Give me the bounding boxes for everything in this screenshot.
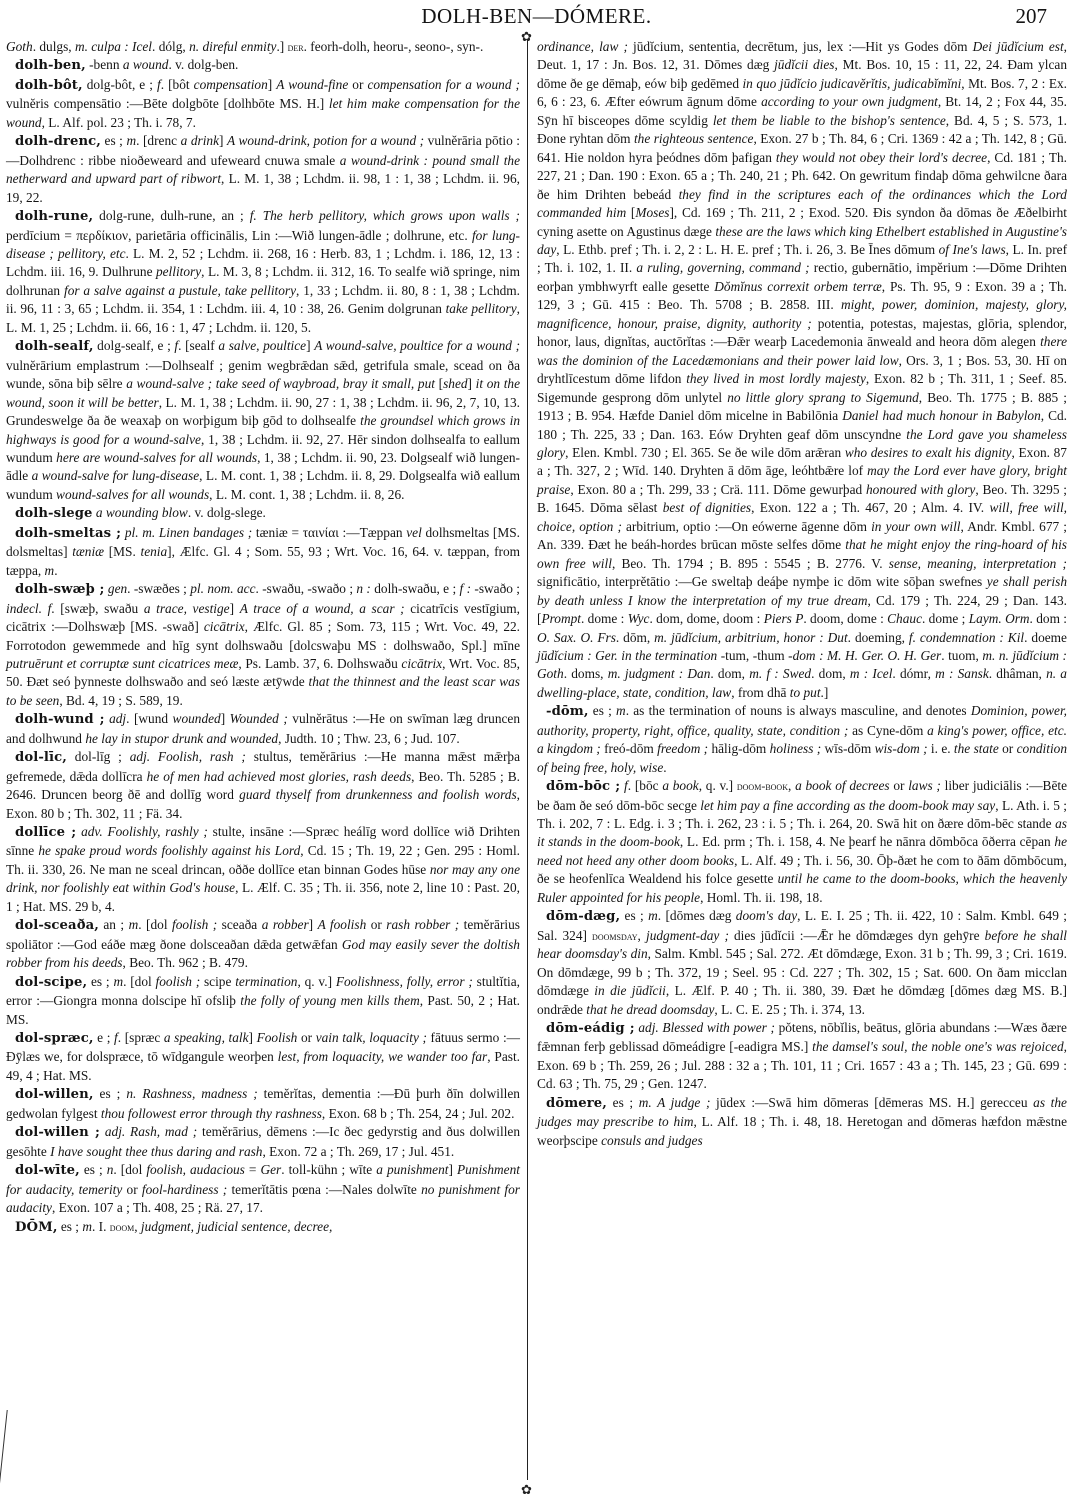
headword: dōm-bōc ; — [546, 779, 620, 794]
entry-text: , L. Ed. prm ; Th. i. 158, 4. Ne þearf h… — [680, 834, 1054, 849]
entry-text: compensation — [194, 77, 268, 92]
headword: dol-līc, — [15, 750, 67, 765]
entry-text: or — [297, 1030, 315, 1045]
entry-text: a book of decrees — [795, 778, 890, 793]
entry-text: a speaking, talk — [164, 1030, 249, 1045]
entry-text: doom-book — [737, 779, 788, 793]
entry-text: a wounding blow — [96, 505, 188, 520]
entry-text: judgment, judicial sentence, decree, — [141, 1219, 332, 1234]
entry-text: . doeme — [1024, 630, 1067, 645]
entry-text: an ; — [99, 917, 129, 932]
entry-text: a trace, vestige — [144, 601, 230, 616]
entry-text: the damsel's soul, the noble one's was r… — [812, 1039, 1064, 1054]
entry-text: . dom : — [1030, 611, 1067, 626]
entry-text: gen — [108, 581, 127, 596]
entry-text: der — [288, 40, 304, 54]
entry-text: . dulgs, — [33, 39, 75, 54]
entry-text: cicātrix — [204, 619, 245, 634]
entry-text: a punishment — [376, 1162, 448, 1177]
left-column: Goth. dulgs, m. culpa : Icel. dólg, n. d… — [6, 38, 520, 1492]
entry-text: f. The herb pellitory, which grows upon … — [250, 208, 520, 223]
dictionary-entry: dolh-sealf, dolg-sealf, e ; f. [sealf a … — [6, 337, 520, 504]
entry-text: adj. Foolish, rash ; — [130, 749, 246, 764]
entry-text: . doms, — [564, 666, 608, 681]
entry-text: ] — [309, 917, 318, 932]
entry-text: . v. dolg-slege. — [188, 505, 266, 520]
entry-text: tæniæ = ταινίαι :—Tæppan — [252, 525, 406, 540]
entry-text: a salve, poultice — [218, 338, 306, 353]
entry-text: judgment-day ; — [646, 928, 729, 943]
entry-text: . dómr, — [892, 666, 935, 681]
entry-text: A wound-drink, potion for a wound ; — [227, 133, 424, 148]
entry-text: , Bd. 4, 19 ; S. 589, 19. — [59, 693, 182, 708]
entry-text: m. f : Swed — [749, 666, 811, 681]
dictionary-entry: dol-scipe, es ; m. [dol foolish ; scipe … — [6, 973, 520, 1029]
entry-text: n. Rashness, madness ; — [126, 1086, 257, 1101]
entry-text: , q. v.] — [297, 974, 335, 989]
entry-text: hālig-dōm — [708, 741, 770, 756]
entry-text: he spake proud words foolishly against h… — [38, 843, 300, 858]
headword: dol-spræc, — [15, 1031, 94, 1046]
dictionary-entry: dolh-drenc, es ; m. [drenc a drink] A wo… — [6, 132, 520, 207]
entry-text: or — [366, 917, 386, 932]
entry-text: ] — [268, 77, 276, 92]
entry-text: he lay in stupor drunk and wounded — [85, 731, 278, 746]
entry-text: . toll-kühn ; wīte — [281, 1162, 376, 1177]
entry-text: honoured with glory — [866, 482, 975, 497]
entry-text: here are wound-salves for all wounds — [56, 450, 257, 465]
entry-text: m — [113, 974, 123, 989]
entry-text: pellitory — [156, 264, 201, 279]
entry-text: significātio, interprĕtātio :—Ge sweltaþ… — [537, 574, 987, 589]
entry-text: who desires to exalt his dignity — [845, 445, 1012, 460]
entry-text: m : Icel — [850, 666, 893, 681]
entry-text: Prompt — [541, 611, 581, 626]
entry-text: Dei jūdĭcium est — [973, 39, 1064, 54]
entry-text: , Beo. Th. 962 ; B. 479. — [123, 955, 248, 970]
entry-text: . dōm, — [616, 630, 654, 645]
entry-text: Goth — [6, 39, 33, 54]
column-divider — [527, 40, 528, 1480]
entry-text: n. direful enmity — [189, 39, 276, 54]
entry-text: A trace of a wound, a scar ; — [240, 601, 405, 616]
entry-text: as Cyne-dōm — [848, 723, 927, 738]
headword: dol-willen ; — [15, 1125, 100, 1140]
entry-text: -dom : M. H. Ger. O. H. Ger — [788, 648, 941, 663]
entry-text: sense, meaning, interpretation ; — [889, 556, 1067, 571]
entry-text: n : — [356, 581, 370, 596]
entry-text: sceaða — [217, 917, 261, 932]
entry-text: putruērunt et corruptæ sunt cicatrices m… — [6, 656, 238, 671]
entry-text: , Exon. 80 a ; Th. 299, 33 ; Crä. 111. D… — [570, 482, 866, 497]
entry-text: scipe — [200, 974, 235, 989]
entry-text: .] — [821, 685, 829, 700]
entry-text: , Beo. Th. 1794 ; B. 895 : 5545 ; B. 277… — [612, 556, 889, 571]
entry-text: , L. C. E. 25 ; Th. i. 374, 13. — [714, 1002, 865, 1017]
page-number: 207 — [1016, 4, 1048, 29]
entry-text: Wyc — [628, 611, 650, 626]
entry-text: , Elen. Kmbl. 730 ; El. 365. Se ðe wile … — [565, 445, 845, 460]
entry-text: es ; — [101, 133, 126, 148]
entry-text: -tum, -thum — [717, 648, 788, 663]
entry-text: a wound-salve for lung-disease — [32, 468, 199, 483]
entry-text: m — [126, 133, 136, 148]
entry-text: . v. dolg-ben. — [168, 57, 238, 72]
headword: dol-wīte, — [15, 1163, 80, 1178]
entry-text: , Homl. Th. ii. 198, 18. — [700, 890, 822, 905]
dictionary-entry: dol-willen ; adj. Rash, mad ; temĕrārius… — [6, 1123, 520, 1161]
entry-text: vel — [406, 525, 422, 540]
entry-text: , Exon. 107 a ; Th. 408, 25 ; Rä. 27, 17… — [52, 1200, 263, 1215]
entry-text: [MS. — [104, 544, 140, 559]
entry-text: es ; — [94, 1086, 127, 1101]
entry-text: [ — [435, 376, 443, 391]
entry-text: m — [648, 908, 658, 923]
entry-text: e ; — [94, 1030, 114, 1045]
entry-text: or — [999, 741, 1017, 756]
entry-text: . [drenc — [136, 133, 181, 148]
entry-text: in your own will — [871, 519, 960, 534]
entry-continuation: ordinance, law ; jūdĭcium, sententia, de… — [537, 38, 1067, 702]
entry-text: dies jūdĭcii :—Ǣr he dōmdæges dyn gehȳre — [729, 928, 985, 943]
entry-text: Daniel had much honour in Babylon — [842, 408, 1041, 423]
entry-text: jūdĭcii dies — [774, 57, 834, 72]
entry-text: tæniæ — [72, 544, 104, 559]
dictionary-entry: dolh-swæþ ; gen. -swæðes ; pl. nom. acc.… — [6, 580, 520, 710]
entry-text: ordinance, law ; — [537, 39, 628, 54]
entry-text: to put — [790, 685, 821, 700]
entry-text: . [sealf — [178, 338, 218, 353]
entry-text: fool-hardiness ; — [142, 1182, 227, 1197]
entry-text: dolg-rune, dulh-rune, an ; — [93, 208, 250, 223]
entry-text: the folly of young men kills them — [240, 993, 419, 1008]
dictionary-entry: dol-wīte, es ; n. [dol foolish, audaciou… — [6, 1161, 520, 1217]
entry-text: foolish, audacious — [146, 1162, 245, 1177]
entry-text: m. judgment : Dan — [608, 666, 711, 681]
entry-text: cicātrix — [401, 656, 442, 671]
entry-text: vain talk, loquacity ; — [316, 1030, 427, 1045]
entry-text: . dom, — [811, 666, 850, 681]
dictionary-entry: dol-spræc, e ; f. [spræc a speaking, tal… — [6, 1029, 520, 1085]
right-column: ordinance, law ; jūdĭcium, sententia, de… — [537, 38, 1067, 1492]
entry-text: . as the termination of nouns is always … — [626, 703, 971, 718]
entry-text: a wound — [123, 57, 169, 72]
entry-text: freedom ; — [657, 741, 708, 756]
entry-text: or — [348, 77, 367, 92]
entry-text: guard thyself from drunkenness and fooli… — [239, 787, 517, 802]
entry-text: m. culpa : Icel — [75, 39, 152, 54]
dictionary-entry: -dōm, es ; m. as the termination of noun… — [537, 702, 1067, 777]
dictionary-entry: dol-willen, es ; n. Rashness, madness ; … — [6, 1085, 520, 1123]
dictionary-entry: dolh-bôt, dolg-bôt, e ; f. [bôt compensa… — [6, 76, 520, 132]
headword: dōm-dæg, — [546, 909, 620, 924]
entry-text: .] — [276, 39, 287, 54]
entry-text: freó-dōm — [601, 741, 657, 756]
entry-text: -benn — [86, 57, 123, 72]
entry-text: m. A judge ; — [639, 1095, 711, 1110]
dictionary-entry: dōm-bōc ; f. [bōc a book, q. v.] doom-bo… — [537, 777, 1067, 907]
entry-text: doomsday — [592, 929, 638, 943]
entry-text: pl. nom. acc — [190, 581, 255, 596]
entry-text: . doom, dome : — [803, 611, 887, 626]
entry-text: in die jūdĭcii — [594, 983, 666, 998]
entry-text: . [bôt — [161, 77, 194, 92]
entry-text: , from dhā — [731, 685, 790, 700]
entry-text: . dome ; — [922, 611, 969, 626]
entry-text: adj — [109, 711, 126, 726]
dictionary-entry: DŌM, es ; m. I. doom, judgment, judicial… — [6, 1218, 520, 1237]
entry-text: that he dread doomsday — [586, 1002, 714, 1017]
entry-text: . -swæðes ; — [127, 581, 190, 596]
entry-continuation: Goth. dulgs, m. culpa : Icel. dólg, n. d… — [6, 38, 520, 56]
entry-text: . dome : — [581, 611, 628, 626]
headword: dolh-rune, — [15, 209, 93, 224]
entry-text: in quo jūdĭcio judicavĕrĭtis, judicabĭmĭ… — [742, 76, 961, 91]
entry-text: . tuom, — [941, 648, 982, 663]
entry-text: = — [245, 1162, 261, 1177]
entry-text: adv. Foolishly, rashly ; — [81, 824, 208, 839]
entry-text: or — [890, 778, 909, 793]
entry-text: wīs-dōm — [821, 741, 874, 756]
dictionary-entry: dōm-eádig ; adj. Blessed with power ; pŏ… — [537, 1019, 1067, 1094]
entry-text: ] — [249, 1030, 257, 1045]
entry-text: perdīcium = περδίκιον, parietāria offici… — [6, 228, 472, 243]
entry-text: A foolish — [318, 917, 367, 932]
dictionary-entry: dol-līc, dol-līg ; adj. Foolish, rash ; … — [6, 748, 520, 823]
entry-text: . [dol — [138, 917, 172, 932]
entry-text: Foolishness, folly, error ; — [336, 974, 473, 989]
entry-text: they lived in most lordly majesty — [686, 371, 866, 386]
entry-text: , q. v.] — [699, 778, 737, 793]
headword: dolh-drenc, — [15, 134, 101, 149]
entry-text: a book — [662, 778, 698, 793]
entry-text: dol-līg ; — [67, 749, 130, 764]
entry-text: . dom, dome, doom : — [649, 611, 763, 626]
headword: dollīce ; — [15, 825, 76, 840]
entry-text: . [dol — [123, 974, 155, 989]
ornament-bottom-icon: ✿ — [521, 1483, 532, 1496]
entry-text: m. jūdĭcium, arbitrium, honor : Dut — [654, 630, 848, 645]
dictionary-entry: dolh-rune, dolg-rune, dulh-rune, an ; f.… — [6, 207, 520, 337]
entry-text: for a salve against a pustule, take pell… — [64, 283, 296, 298]
entry-text: Moses — [635, 205, 669, 220]
entry-text: . I. — [92, 1219, 110, 1234]
entry-text: according to your own judgment — [761, 94, 938, 109]
entry-text: dolg-bôt, e ; — [83, 77, 157, 92]
headword: dōmere, — [546, 1096, 607, 1111]
entry-text: rash robber ; — [386, 917, 459, 932]
dictionary-entry: dolh-smeltas ; pl. m. Linen bandages ; t… — [6, 524, 520, 580]
dictionary-entry: dōm-dæg, es ; m. [dōmes dæg doom's day, … — [537, 907, 1067, 1019]
entry-text: [ — [626, 205, 635, 220]
entry-text: let them be liable to the bishop's sente… — [713, 113, 946, 128]
entry-text: the state — [954, 741, 999, 756]
entry-text: temerĭtātis pœna :—Nales dolwīte — [227, 1182, 421, 1197]
headword: -dōm, — [546, 704, 589, 719]
dictionary-entry: dolh-slege a wounding blow. v. dolg-sleg… — [6, 504, 520, 523]
running-head: DOLH-BEN—DÓMERE. — [0, 4, 1073, 29]
entry-text: . [swæþ, swaðu — [51, 601, 144, 616]
entry-text: , — [638, 928, 646, 943]
entry-text: adj. Blessed with power ; — [638, 1020, 775, 1035]
headword: dolh-sealf, — [15, 339, 94, 354]
entry-text: . — [663, 760, 666, 775]
headword: dolh-bôt, — [15, 78, 83, 93]
entry-text: a wound-salve ; take seed of waybroad, b… — [126, 376, 435, 391]
entry-text: Foolish — [257, 1030, 298, 1045]
entry-text: . -swaðu, -swaðo ; — [256, 581, 357, 596]
entry-text: , — [788, 778, 795, 793]
entry-text: , L. Alf. pol. 23 ; Th. i. 78, 7. — [42, 115, 196, 130]
entry-text: take pellitory — [446, 301, 517, 316]
entry-text: . — [54, 563, 57, 578]
entry-text: jūdĭcium : Ger. in the termination — [537, 648, 717, 663]
entry-text: adj. Rash, mad ; — [105, 1124, 197, 1139]
entry-text: m — [129, 917, 139, 932]
headword: dol-sceaða, — [15, 918, 99, 933]
headword: dolh-wund ; — [15, 712, 105, 727]
entry-text: O. Sax. O. Frs — [537, 630, 616, 645]
entry-text: dolh-swaðu, e ; — [371, 581, 460, 596]
entry-text: es ; — [589, 703, 617, 718]
entry-text: let him pay a fine according as the doom… — [700, 798, 995, 813]
entry-text: ] — [448, 1162, 456, 1177]
headword: dolh-swæþ ; — [15, 582, 105, 597]
entry-text: ] — [306, 338, 314, 353]
dictionary-entry: dolh-ben, -benn a wound. v. dolg-ben. — [6, 56, 520, 75]
entry-text: . [bōc — [628, 778, 663, 793]
entry-text: es ; — [607, 1095, 639, 1110]
entry-text: no little glory sprang to Sigemund — [727, 390, 919, 405]
entry-text: jūdex :—Swā him dōmeras [dēmeras MS. H.]… — [710, 1095, 1033, 1110]
entry-text: vulnĕris compensātio :—Bēte dolgbōte [do… — [6, 96, 329, 111]
headword: dol-willen, — [15, 1087, 94, 1102]
entry-text: Dŏmĭnus correxit orbem terræ — [714, 279, 882, 294]
entry-text: . dólg, — [152, 39, 189, 54]
entry-text: consuls and judges — [601, 1133, 703, 1148]
entry-text: , Exon. 68 b ; Th. 254, 24 ; Jul. 202. — [322, 1106, 515, 1121]
entry-text: i. e. — [928, 741, 954, 756]
entry-text: ] — [230, 601, 240, 616]
entry-text: . doeming, — [848, 630, 909, 645]
entry-text: es ; — [58, 1219, 83, 1234]
entry-text: doom's day — [736, 908, 797, 923]
entry-text: or — [122, 1182, 142, 1197]
entry-text: , Ps. Lamb. 37, 6. Dolhswaðu — [238, 656, 401, 671]
entry-text: compensation for a wound ; — [367, 77, 520, 92]
entry-text: the righteous sentence — [634, 131, 753, 146]
headword: dolh-smeltas ; — [15, 526, 121, 541]
entry-text: Ger — [260, 1162, 281, 1177]
entry-text: I have sought thee thus daring and rash — [50, 1144, 262, 1159]
entry-text: f : — [460, 581, 472, 596]
entry-text: . [dol — [113, 1162, 146, 1177]
entry-text: . [wund — [126, 711, 172, 726]
entry-text: . [dōmes dæg — [658, 908, 736, 923]
entry-text: jūdĭcium, sententia, decrētum, jus, lex … — [628, 39, 973, 54]
entry-text: of Ine's laws — [939, 242, 1006, 257]
entry-text: m — [45, 563, 55, 578]
entry-text: best of dignities — [663, 500, 751, 515]
entry-text: Chauc — [887, 611, 922, 626]
entry-text: A wound-fine — [276, 77, 348, 92]
entry-text: laws ; — [908, 778, 941, 793]
entry-text: . dom, — [710, 666, 749, 681]
entry-text: a drink — [181, 133, 219, 148]
dictionary-entry: dollīce ; adv. Foolishly, rashly ; stult… — [6, 823, 520, 916]
entry-text: m — [82, 1219, 92, 1234]
entry-text: A wound-salve, poultice for a wound ; — [314, 338, 520, 353]
entry-text: , Exon. 72 a ; Th. 269, 17 ; Jul. 451. — [262, 1144, 454, 1159]
entry-text: , L. Ethb. pref ; Th. i. 2, 2 : L. H. E.… — [556, 242, 938, 257]
headword: dolh-ben, — [15, 58, 86, 73]
entry-text: es ; — [620, 908, 648, 923]
entry-text: , L. M. cont. 1, 38 ; Lchdm. ii. 8, 26. — [209, 487, 404, 502]
entry-text: tenia — [140, 544, 167, 559]
headword: dolh-slege — [15, 506, 93, 521]
entry-text: Piers P — [764, 611, 804, 626]
entry-text: . [spræc — [118, 1030, 164, 1045]
page-header: DOLH-BEN—DÓMERE. 207 — [0, 4, 1073, 30]
entry-text: holiness ; — [770, 741, 822, 756]
entry-text: , Exon. 122 a ; Th. 467, 20 ; Alm. 4. IV… — [751, 500, 989, 515]
entry-text: Laym. Orm — [969, 611, 1030, 626]
headword: dol-scipe, — [15, 975, 87, 990]
entry-text: m — [616, 703, 626, 718]
entry-text: , Judth. 10 ; Thw. 23, 6 ; Jud. 107. — [278, 731, 460, 746]
entry-text: Wounded ; — [230, 711, 288, 726]
headword: DŌM, — [15, 1220, 58, 1235]
entry-text: arbitrium, optio :—On eówerne āgenne dōm — [622, 519, 871, 534]
dictionary-entry: dōmere, es ; m. A judge ; jūdex :—Swā hi… — [537, 1094, 1067, 1150]
entry-text: shed — [443, 376, 467, 391]
entry-text: , — [134, 1219, 141, 1234]
entry-text: foolish ; — [172, 917, 217, 932]
entry-text: wound-salves for all wounds — [56, 487, 209, 502]
entry-text: thou followest error through thy rashnes… — [101, 1106, 322, 1121]
entry-text: ] — [468, 376, 476, 391]
entry-text: ] — [219, 133, 227, 148]
entry-text: they would not obey their lord's decree — [776, 150, 987, 165]
entry-text: dolg-sealf, e ; — [94, 338, 175, 353]
headword: dōm-eádig ; — [546, 1021, 635, 1036]
dictionary-entry: dol-sceaða, an ; m. [dol foolish ; sceað… — [6, 916, 520, 972]
entry-text: foolish ; — [156, 974, 201, 989]
entry-text: a ruling, governing, command ; — [636, 260, 809, 275]
entry-text: wis-dom ; — [875, 741, 928, 756]
entry-text: he of men had achieved most glories, ras… — [147, 769, 412, 784]
entry-text: termination — [235, 974, 297, 989]
entry-text: es ; — [87, 974, 113, 989]
entry-text: ] — [221, 711, 230, 726]
dictionary-entry: dolh-wund ; adj. [wund wounded] Wounded … — [6, 710, 520, 748]
entry-text: wounded — [173, 711, 221, 726]
entry-text: pl. m. Linen bandages ; — [125, 525, 252, 540]
entry-text: lest, from loquacity, we wander too far — [278, 1049, 488, 1064]
entry-text: f. condemnation : Kil — [909, 630, 1024, 645]
entry-text: -swaðo ; — [471, 581, 520, 596]
entry-text: doom — [110, 1220, 134, 1234]
entry-text: m : Sansk — [935, 666, 989, 681]
entry-text: . dhâman, — [989, 666, 1046, 681]
entry-text: a robber — [262, 917, 309, 932]
entry-text: es ; — [80, 1162, 107, 1177]
entry-text: . feorh-dolh, heoru-, seono-, syn-. — [304, 39, 484, 54]
entry-text: indecl. f — [6, 601, 51, 616]
